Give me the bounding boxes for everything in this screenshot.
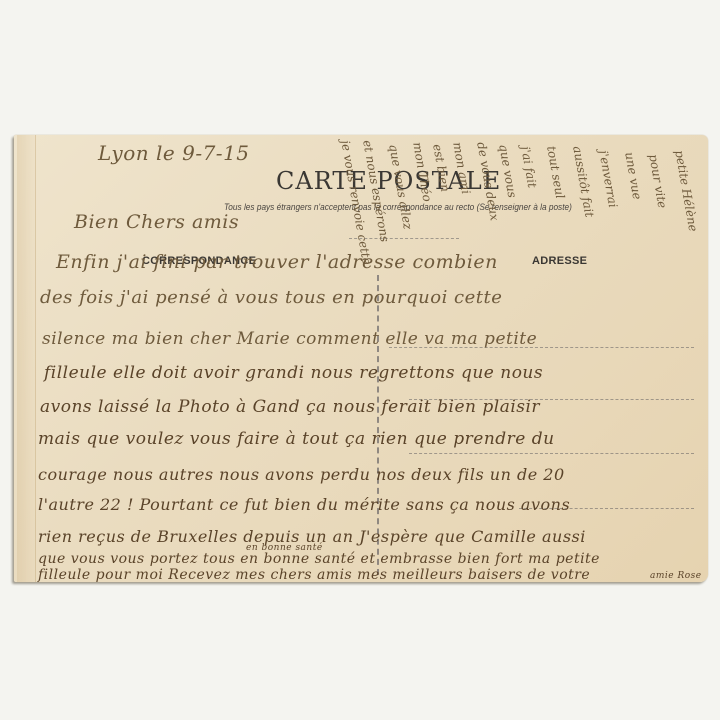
vertical-handwriting: tout seul xyxy=(544,145,567,200)
vertical-handwriting: petite Hélène xyxy=(672,149,700,233)
handwritten-line: mais que voulez vous faire à tout ça rie… xyxy=(38,429,555,449)
vertical-handwriting: j'enverrai xyxy=(596,149,620,209)
handwritten-line: l'autre 22 ! Pourtant ce fut bien du mér… xyxy=(38,495,570,514)
postcard: CARTE POSTALE Tous les pays étrangers n'… xyxy=(14,135,708,582)
handwritten-line: courage nous autres nous avons perdu nos… xyxy=(38,465,565,484)
handwritten-line: que vous vous portez tous en bonne santé… xyxy=(38,551,600,567)
handwritten-line: filleule elle doit avoir grandi nous reg… xyxy=(44,363,543,383)
vertical-handwriting: aussitôt fait xyxy=(570,145,596,218)
handwritten-line: silence ma bien cher Marie comment elle … xyxy=(42,329,537,349)
address-label: ADRESSE xyxy=(532,255,587,267)
vertical-handwriting: j'ai fait xyxy=(518,145,539,189)
vertical-handwriting: une vue xyxy=(622,151,644,201)
vertical-handwriting: pour vite xyxy=(646,153,669,209)
handwritten-closing: amie Rose xyxy=(650,571,702,581)
handwritten-date: Lyon le 9-7-15 xyxy=(98,141,250,165)
handwritten-line: des fois j'ai pensé à vous tous en pourq… xyxy=(40,287,502,308)
handwritten-line: Enfin j'ai fini par trouver l'adresse co… xyxy=(56,251,498,273)
address-line xyxy=(409,453,694,454)
handwritten-greeting: Bien Chers amis xyxy=(74,211,239,233)
handwritten-line: filleule pour moi Recevez mes chers amis… xyxy=(38,567,590,583)
handwritten-line: avons laissé la Photo à Gand ça nous fer… xyxy=(40,397,540,417)
